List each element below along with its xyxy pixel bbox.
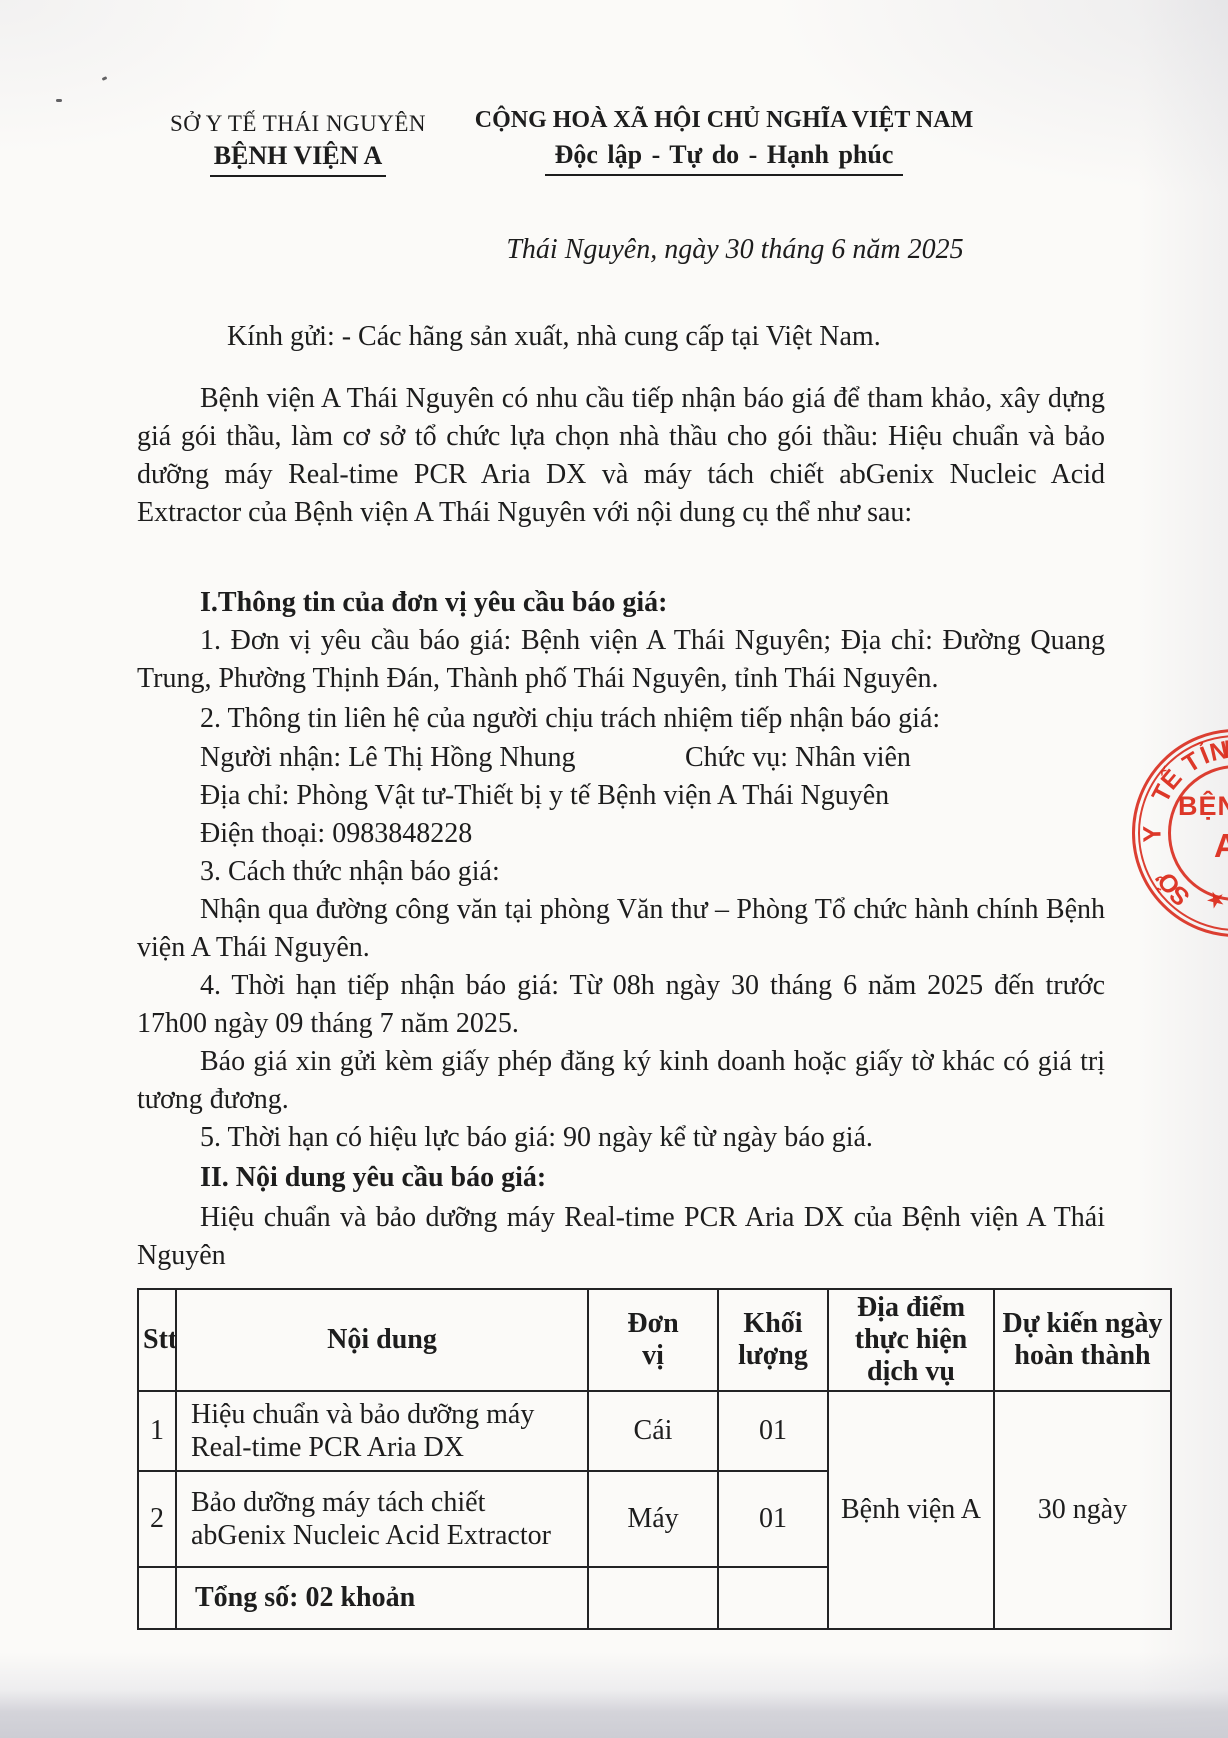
item3-method-detail: Nhận qua đường công văn tại phòng Văn th… — [137, 891, 1105, 967]
total-don-vi-empty — [588, 1567, 718, 1629]
quotation-items-table: Stt Nội dung Đơn vị Khối lượng Địa điểm … — [137, 1288, 1172, 1630]
col-header-dia-diem: Địa điểm thực hiện dịch vụ — [828, 1289, 994, 1391]
seal-ring-letter: Y — [1138, 826, 1167, 843]
col-header-du-kien: Dự kiến ngày hoàn thành — [994, 1289, 1171, 1391]
scanned-document-page: SỞ Y TẾ THÁI NGUYÊN BỆNH VIỆN A CỘNG HOÀ… — [0, 0, 1228, 1738]
section2-title: II. Nội dung yêu cầu báo giá: — [137, 1159, 1105, 1197]
section1-title: I.Thông tin của đơn vị yêu cầu báo giá: — [137, 584, 1105, 622]
row2-khoi-luong: 01 — [718, 1471, 828, 1567]
row2-don-vi: Máy — [588, 1471, 718, 1567]
item5-validity: 5. Thời hạn có hiệu lực báo giá: 90 ngày… — [137, 1119, 1105, 1157]
row1-noi-dung: Hiệu chuẩn và bảo dưỡng máy Real-time PC… — [176, 1391, 588, 1471]
seal-center-text: BỆNH — [1178, 791, 1228, 822]
contact-phone: Điện thoại: 0983848228 — [137, 815, 1105, 853]
col-header-noi-dung: Nội dung — [176, 1289, 588, 1391]
issuer-hospital-name: BỆNH VIỆN A — [148, 141, 448, 177]
contact-line: Người nhận: Lê Thị Hồng Nhung Chức vụ: N… — [137, 739, 1105, 777]
merged-du-kien-cell: 30 ngày — [994, 1391, 1171, 1629]
table-row: 1 Hiệu chuẩn và bảo dưỡng máy Real-time … — [138, 1391, 1171, 1471]
table-header-row: Stt Nội dung Đơn vị Khối lượng Địa điểm … — [138, 1289, 1171, 1391]
total-label: Tổng số: 02 khoản — [176, 1567, 588, 1629]
section2-intro: Hiệu chuẩn và bảo dưỡng máy Real-time PC… — [137, 1199, 1105, 1275]
row1-stt: 1 — [138, 1391, 176, 1471]
row1-don-vi: Cái — [588, 1391, 718, 1471]
item3-method: 3. Cách thức nhận báo giá: — [137, 853, 1105, 891]
row2-noi-dung: Bảo dưỡng máy tách chiết abGenix Nucleic… — [176, 1471, 588, 1567]
national-title: CỘNG HOÀ XÃ HỘI CHỦ NGHĨA VIỆT NAM — [468, 106, 980, 135]
contact-address: Địa chỉ: Phòng Vật tư-Thiết bị y tế Bệnh… — [137, 777, 1105, 815]
scan-speck — [56, 99, 62, 102]
letterhead-national: CỘNG HOÀ XÃ HỘI CHỦ NGHĨA VIỆT NAM Độc l… — [468, 106, 980, 176]
row1-khoi-luong: 01 — [718, 1391, 828, 1471]
col-header-stt: Stt — [138, 1289, 176, 1391]
col-header-khoi-luong: Khối lượng — [718, 1289, 828, 1391]
recipient-position: Chức vụ: Nhân viên — [685, 739, 911, 777]
red-official-seal: SỞYTẾTỈNH BỆNH A ★ — [1132, 729, 1228, 937]
place-date-line: Thái Nguyên, ngày 30 tháng 6 năm 2025 — [500, 234, 970, 266]
salutation-line: Kính gửi: - Các hãng sản xuất, nhà cung … — [137, 318, 1105, 356]
seal-center-letter: A — [1214, 827, 1228, 865]
total-khoi-luong-empty — [718, 1567, 828, 1629]
national-motto: Độc lập - Tự do - Hạnh phúc — [468, 139, 980, 176]
total-stt-empty — [138, 1567, 176, 1629]
item2-contact-info: 2. Thông tin liên hệ của người chịu trác… — [137, 700, 1105, 738]
merged-dia-diem-cell: Bệnh viện A — [828, 1391, 994, 1629]
col-header-don-vi: Đơn vị — [588, 1289, 718, 1391]
scan-speck — [102, 76, 108, 81]
item4-deadline: 4. Thời hạn tiếp nhận báo giá: Từ 08h ng… — [137, 967, 1105, 1043]
item1-requesting-unit: 1. Đơn vị yêu cầu báo giá: Bệnh viện A T… — [137, 622, 1105, 698]
item4-license-note: Báo giá xin gửi kèm giấy phép đăng ký ki… — [137, 1043, 1105, 1119]
seal-ring-letter: H — [1224, 735, 1228, 765]
row2-stt: 2 — [138, 1471, 176, 1567]
intro-paragraph: Bệnh viện A Thái Nguyên có nhu cầu tiếp … — [137, 380, 1105, 532]
recipient-name: Người nhận: Lê Thị Hồng Nhung — [200, 742, 576, 773]
letterhead-issuer: SỞ Y TẾ THÁI NGUYÊN BỆNH VIỆN A — [148, 110, 448, 177]
issuer-department: SỞ Y TẾ THÁI NGUYÊN — [148, 110, 448, 137]
